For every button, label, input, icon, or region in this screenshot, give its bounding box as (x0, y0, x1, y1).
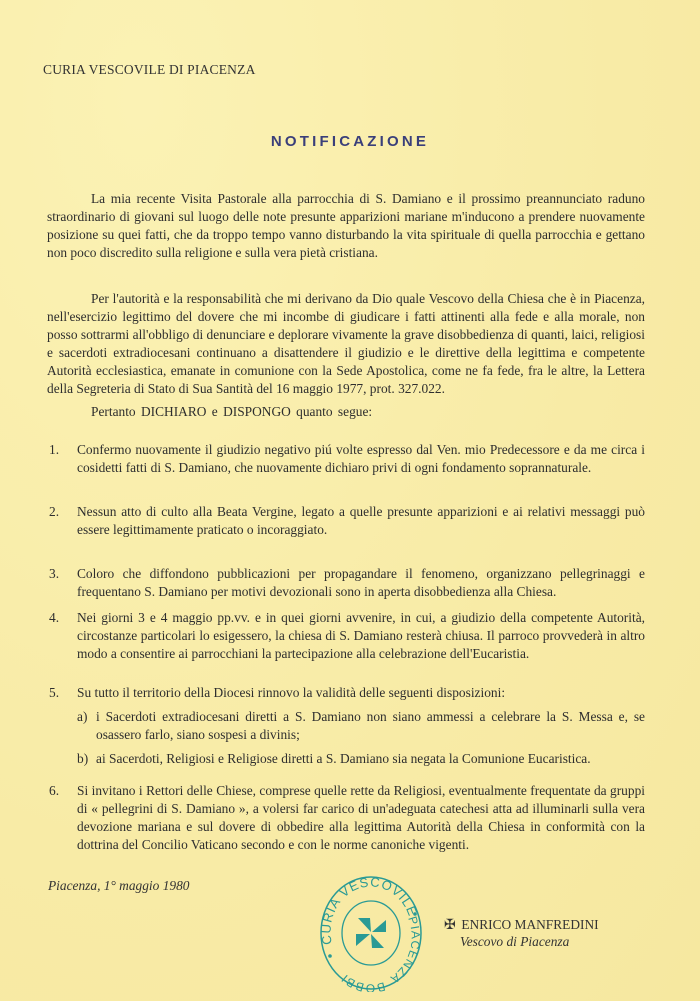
item-text: Nei giorni 3 e 4 maggio pp.vv. e in quei… (77, 609, 645, 663)
sub-item-label: b) (77, 750, 88, 768)
sub-item-a: a) i Sacerdoti extradiocesani diretti a … (77, 708, 645, 744)
document-page: CURIA VESCOVILE DI PIACENZA NOTIFICAZION… (0, 0, 700, 1001)
item-text: Confermo nuovamente il giudizio negativo… (77, 441, 645, 477)
list-item: 6. Si invitano i Rettori delle Chiese, c… (49, 782, 645, 854)
item-number: 5. (49, 684, 59, 702)
svg-text:CURIA VESCOVILE: CURIA VESCOVILE (318, 874, 420, 945)
sub-item-b: b) ai Sacerdoti, Religiosi e Religiose d… (77, 750, 645, 768)
item-text: Coloro che diffondono pubblicazioni per … (77, 565, 645, 601)
svg-text:PIACENZA: PIACENZA (387, 915, 422, 987)
paragraph-intro: La mia recente Visita Pastorale alla par… (47, 190, 645, 262)
stamp-seal-icon: CURIA VESCOVILE PIACENZA BOBBIO (318, 874, 424, 992)
document-title: NOTIFICAZIONE (0, 133, 700, 150)
paragraph-authority: Per l'autorità e la responsabilità che m… (47, 290, 645, 398)
item-text: Su tutto il territorio della Diocesi rin… (77, 684, 645, 702)
list-item: 2. Nessun atto di culto alla Beata Vergi… (49, 503, 645, 539)
list-item: 1. Confermo nuovamente il giudizio negat… (49, 441, 645, 477)
list-item: 5. Su tutto il territorio della Diocesi … (49, 684, 645, 768)
signatory-name: ENRICO MANFREDINI (461, 917, 598, 932)
issuer-heading: CURIA VESCOVILE DI PIACENZA (43, 62, 256, 78)
item-number: 4. (49, 609, 59, 627)
item-text: Si invitano i Rettori delle Chiese, comp… (77, 782, 645, 854)
sub-item-text: i Sacerdoti extradiocesani diretti a S. … (96, 708, 645, 744)
list-item: 4. Nei giorni 3 e 4 maggio pp.vv. e in q… (49, 609, 645, 663)
declaration-intro: Pertanto DICHIARO e DISPONGO quanto segu… (91, 404, 372, 420)
item-number: 1. (49, 441, 59, 459)
signatory: ✠ ENRICO MANFREDINI (444, 917, 599, 934)
sub-item-label: a) (77, 708, 87, 726)
item-number: 6. (49, 782, 59, 800)
place-date: Piacenza, 1° maggio 1980 (48, 878, 189, 894)
episcopal-cross-icon: ✠ (444, 917, 458, 934)
item-number: 2. (49, 503, 59, 521)
item-number: 3. (49, 565, 59, 583)
sub-item-text: ai Sacerdoti, Religiosi e Religiose dire… (96, 750, 645, 768)
four-triangle-cross-icon (356, 918, 386, 948)
list-item: 3. Coloro che diffondono pubblicazioni p… (49, 565, 645, 601)
item-text: Nessun atto di culto alla Beata Vergine,… (77, 503, 645, 539)
signatory-role: Vescovo di Piacenza (460, 934, 569, 950)
curia-stamp: CURIA VESCOVILE PIACENZA BOBBIO (318, 874, 424, 992)
